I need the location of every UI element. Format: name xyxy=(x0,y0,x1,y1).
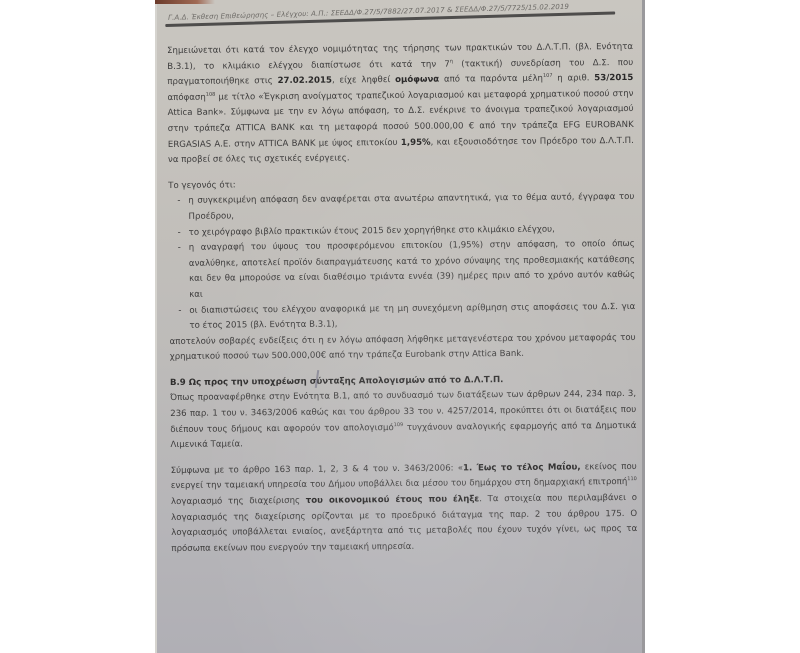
meeting-date: 27.02.2015 xyxy=(278,76,332,86)
deadline-text: 1. Έως το τέλος Μαΐου, xyxy=(463,462,581,473)
conclusion-paragraph: αποτελούν σοβαρές ενδείξεις ότι η εν λόγ… xyxy=(170,331,636,366)
paragraph-decision: Σημειώνεται ότι κατά τον έλεγχο νομιμότη… xyxy=(167,40,634,169)
footnote-ref: 110 xyxy=(627,476,637,482)
page-header: Γ.Α.Δ. Έκθεση Επιθεώρησης – Ελέγχου: Α.Π… xyxy=(165,1,615,27)
fiscal-year-text: του οικονομικού έτους που έληξε xyxy=(306,494,479,506)
text: Σύμφωνα με το άρθρο 163 παρ. 1, 2, 3 & 4… xyxy=(171,463,463,476)
text: από τα παρόντα μέλη xyxy=(439,74,543,85)
text: η αριθ. xyxy=(552,73,594,83)
text: απόφαση xyxy=(167,92,205,102)
paragraph-article-163: Σύμφωνα με το άρθρο 163 παρ. 1, 2, 3 & 4… xyxy=(171,460,638,558)
text: λογαριασμό της διαχείρισης xyxy=(171,496,306,507)
interest-rate: 1,95% xyxy=(401,137,431,147)
text: , είχε ληφθεί xyxy=(332,75,395,86)
footnote-ref: 107 xyxy=(543,73,553,79)
list-item: η συγκεκριμένη απόφαση δεν αναφέρεται στ… xyxy=(168,190,634,225)
decision-number: 53/2015 xyxy=(594,73,633,83)
footnote-ref: 108 xyxy=(206,92,216,98)
list-item: οι διαπιστώσεις του ελέγχου αναφορικά με… xyxy=(169,299,635,334)
findings-list: η συγκεκριμένη απόφαση δεν αναφέρεται στ… xyxy=(168,190,635,334)
document-body: Σημειώνεται ότι κατά τον έλεγχο νομιμότη… xyxy=(167,40,637,557)
paragraph-b9-intro: Όπως προαναφέρθηκε στην Ενότητα Β.1, από… xyxy=(170,387,637,453)
footnote-ref: 109 xyxy=(394,422,404,428)
document-photo: Γ.Α.Δ. Έκθεση Επιθεώρησης – Ελέγχου: Α.Π… xyxy=(155,0,645,653)
list-item: η αναγραφή του ύψους του προσφερόμενου ε… xyxy=(169,237,636,303)
unanimous-label: ομόφωνα xyxy=(395,75,439,85)
